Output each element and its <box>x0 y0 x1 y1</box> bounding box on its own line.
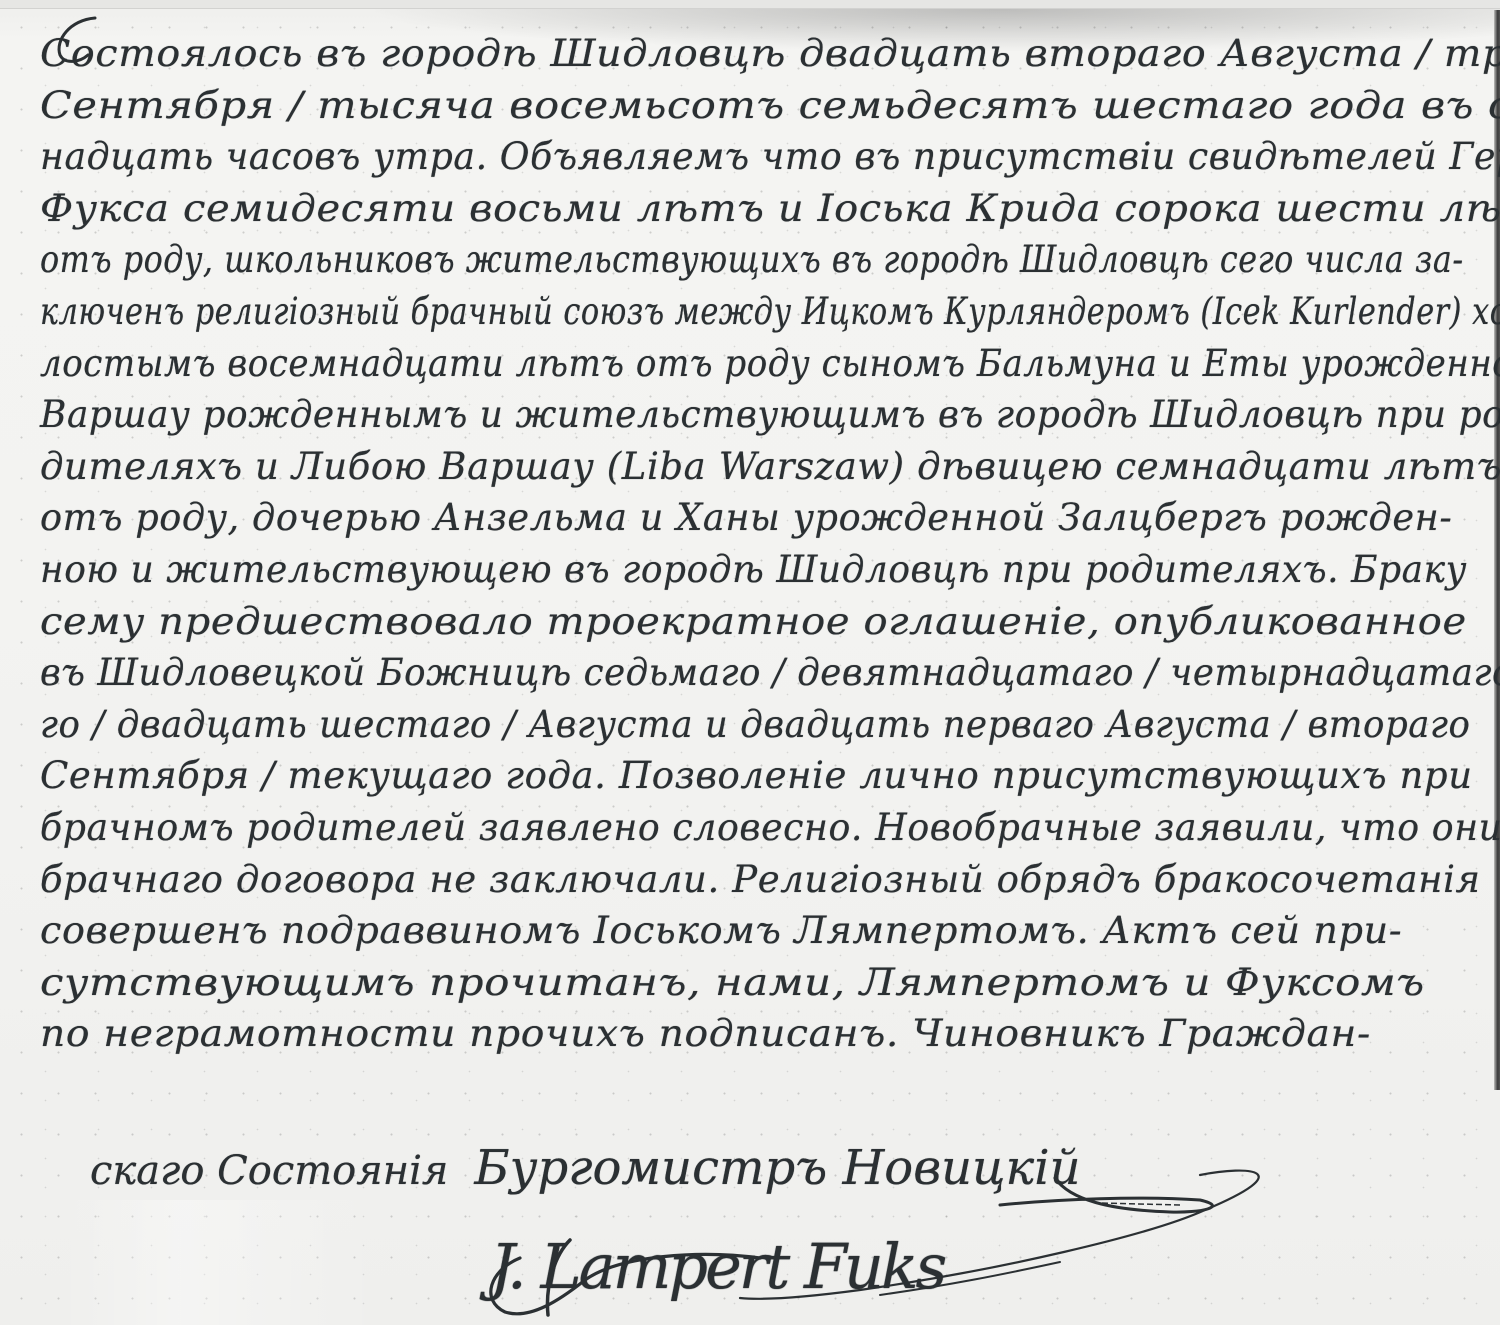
text-line: сему предшествовало троекратное оглашені… <box>40 596 1485 648</box>
text-line: Сентября / тысяча восемьсотъ семьдесятъ … <box>40 80 1485 132</box>
text-line: Сентября / текущаго года. Позволеніе лич… <box>40 750 1485 802</box>
text-line: ною и жительствующею въ городѣ Шидловцѣ … <box>40 544 1485 596</box>
text-line: въ Шидловецкой Божницѣ седьмаго / девятн… <box>40 647 1485 699</box>
text-line: Варшау рожденнымъ и жительствующимъ въ г… <box>40 389 1485 441</box>
text-line: надцать часовъ утра. Объявляемъ что въ п… <box>40 131 1485 183</box>
text-line: дителяхъ и Либою Варшау (Liba Warszaw) д… <box>40 441 1485 493</box>
scan-top-edge <box>0 0 1500 9</box>
text-line: отъ роду, дочерью Анзельма и Ханы урожде… <box>40 492 1485 544</box>
text-line: отъ роду, школьниковъ жительствующихъ въ… <box>40 234 1485 286</box>
text-line: по неграмотности прочихъ подписанъ. Чино… <box>40 1008 1485 1060</box>
text-line: совершенъ подраввиномъ Іоськомъ Лямперто… <box>40 905 1485 957</box>
text-line: го / двадцать шестаго / Августа и двадца… <box>40 699 1485 751</box>
text-line: сутствующимъ прочитанъ, нами, Лямпертомъ… <box>40 957 1485 1009</box>
signature: J. Lampert Fuks <box>490 1230 944 1303</box>
text-line: Фукса семидесяти восьми лѣтъ и Іоська Кр… <box>40 183 1485 235</box>
document-page: Состоялось въ городѣ Шидловцѣ двадцать в… <box>0 0 1500 1325</box>
text-line: брачнаго договора не заключали. Религіоз… <box>40 854 1485 906</box>
handwritten-body: Состоялось въ городѣ Шидловцѣ двадцать в… <box>40 28 1485 1060</box>
official-title: Бургомистръ Новицкій <box>474 1140 1080 1196</box>
closing-line: скаго СостояніяБургомистръ Новицкій <box>90 1140 1080 1196</box>
text-line: Состоялось въ городѣ Шидловцѣ двадцать в… <box>40 28 1485 80</box>
closing-text: скаго Состоянія <box>90 1148 448 1194</box>
paper-fold-shade <box>60 1200 460 1325</box>
text-line: брачномъ родителей заявлено словесно. Но… <box>40 802 1485 854</box>
text-line: лостымъ восемнадцати лѣтъ отъ роду сыном… <box>40 338 1485 390</box>
text-line: ключенъ религіозный брачный союзъ между … <box>40 286 1485 338</box>
